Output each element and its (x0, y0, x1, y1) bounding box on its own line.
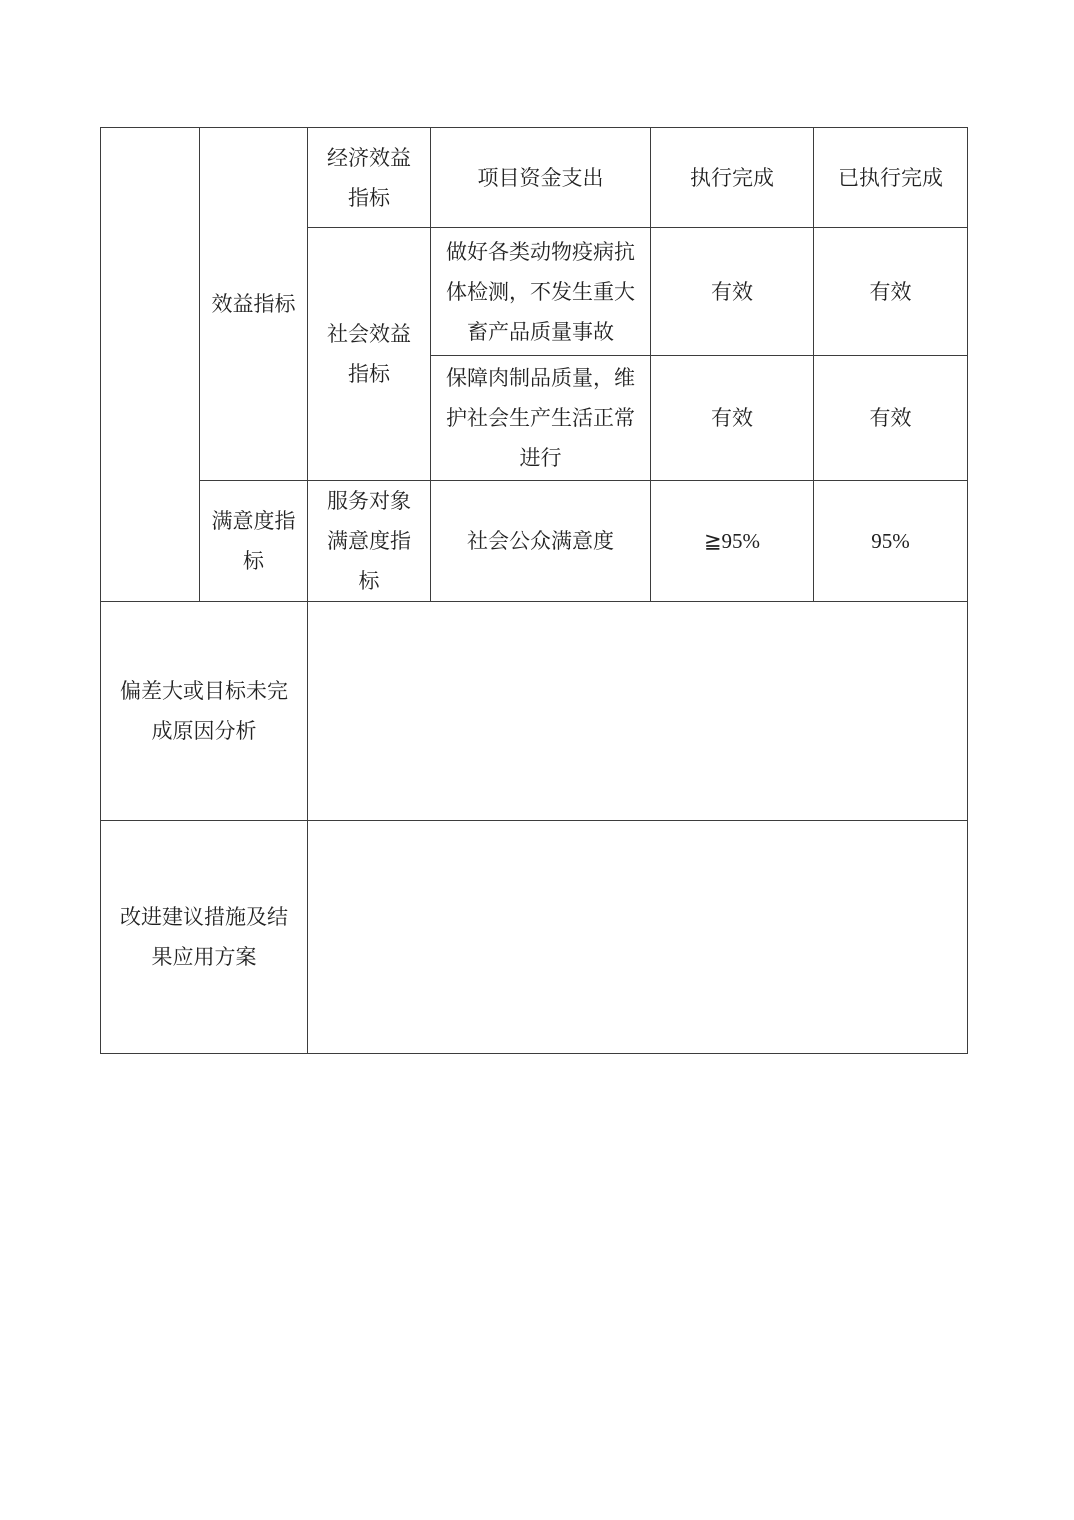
deviation-analysis-content-cell (308, 602, 968, 821)
social-sub-cell: 社会效益 指标 (308, 228, 431, 481)
satisfaction-group-cell: 满意度指 标 (200, 481, 308, 602)
social-indicator2-target-cell: 有效 (651, 356, 814, 481)
social-indicator1-actual-cell: 有效 (814, 228, 968, 356)
satisfaction-target-cell: ≧95% (651, 481, 814, 602)
improvement-plan-content-cell (308, 821, 968, 1054)
economic-actual-cell: 已执行完成 (814, 128, 968, 228)
improvement-plan-label-cell: 改进建议措施及结 果应用方案 (101, 821, 308, 1054)
performance-indicator-table: 效益指标 经济效益 指标 项目资金支出 执行完成 已执行完成 社会效益 指标 做… (100, 127, 968, 1054)
left-spacer-cell (101, 128, 200, 602)
economic-indicator-name-cell: 项目资金支出 (431, 128, 651, 228)
benefit-group-cell: 效益指标 (200, 128, 308, 481)
satisfaction-indicator-name-cell: 社会公众满意度 (431, 481, 651, 602)
social-indicator1-name-cell: 做好各类动物疫病抗 体检测，不发生重大 畜产品质量事故 (431, 228, 651, 356)
deviation-analysis-label-cell: 偏差大或目标未完 成原因分析 (101, 602, 308, 821)
social-indicator2-name-cell: 保障肉制品质量，维 护社会生产生活正常 进行 (431, 356, 651, 481)
economic-target-cell: 执行完成 (651, 128, 814, 228)
economic-sub-cell: 经济效益 指标 (308, 128, 431, 228)
social-indicator1-target-cell: 有效 (651, 228, 814, 356)
social-indicator2-actual-cell: 有效 (814, 356, 968, 481)
satisfaction-actual-cell: 95% (814, 481, 968, 602)
satisfaction-sub-cell: 服务对象 满意度指 标 (308, 481, 431, 602)
